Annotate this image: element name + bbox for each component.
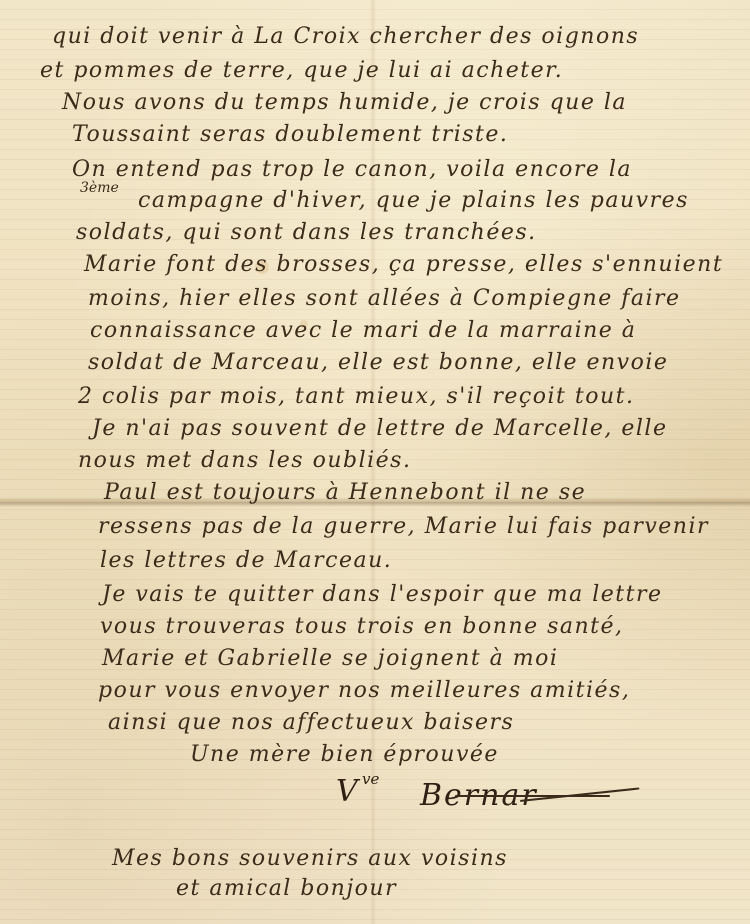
body-line: soldats, qui sont dans les tranchées. — [76, 220, 537, 245]
body-line: pour vous envoyer nos meilleures amitiés… — [98, 678, 630, 703]
body-line: Je n'ai pas souvent de lettre de Marcell… — [92, 416, 667, 441]
body-line: nous met dans les oubliés. — [78, 448, 411, 473]
letter-page: qui doit venir à La Croix chercher des o… — [0, 0, 750, 924]
postscript-line: Mes bons souvenirs aux voisins — [112, 846, 508, 871]
body-line: On entend pas trop le canon, voila encor… — [72, 157, 632, 182]
body-line: Je vais te quitter dans l'espoir que ma … — [102, 582, 662, 607]
body-line: Toussaint seras doublement triste. — [72, 122, 508, 147]
body-line: Paul est toujours à Hennebont il ne se — [104, 480, 586, 505]
signature-prefix-superscript: ve — [362, 770, 379, 788]
body-line: et pommes de terre, que je lui ai achete… — [40, 58, 563, 83]
body-line: 2 colis par mois, tant mieux, s'il reçoi… — [78, 384, 634, 409]
body-line: vous trouveras tous trois en bonne santé… — [100, 614, 624, 639]
body-line: Nous avons du temps humide, je crois que… — [62, 90, 627, 115]
closing-line: Une mère bien éprouvée — [190, 742, 499, 767]
body-line: qui doit venir à La Croix chercher des o… — [52, 24, 639, 49]
signature-underline — [455, 795, 610, 797]
body-line: moins, hier elles sont allées à Compiegn… — [88, 286, 681, 311]
body-line: soldat de Marceau, elle est bonne, elle … — [88, 350, 668, 375]
signature-prefix: V — [336, 774, 360, 809]
body-line: campagne d'hiver, que je plains les pauv… — [138, 188, 689, 213]
body-line: ressens pas de la guerre, Marie lui fais… — [98, 514, 709, 539]
body-line: ainsi que nos affectueux baisers — [108, 710, 514, 735]
postscript-line: et amical bonjour — [176, 876, 397, 901]
body-line: Marie et Gabrielle se joignent à moi — [102, 646, 558, 671]
ordinal-superscript: 3ème — [80, 180, 119, 196]
body-line: les lettres de Marceau. — [100, 548, 392, 573]
body-line: connaissance avec le mari de la marraine… — [90, 318, 636, 343]
body-line: Marie font des brosses, ça presse, elles… — [84, 252, 723, 277]
